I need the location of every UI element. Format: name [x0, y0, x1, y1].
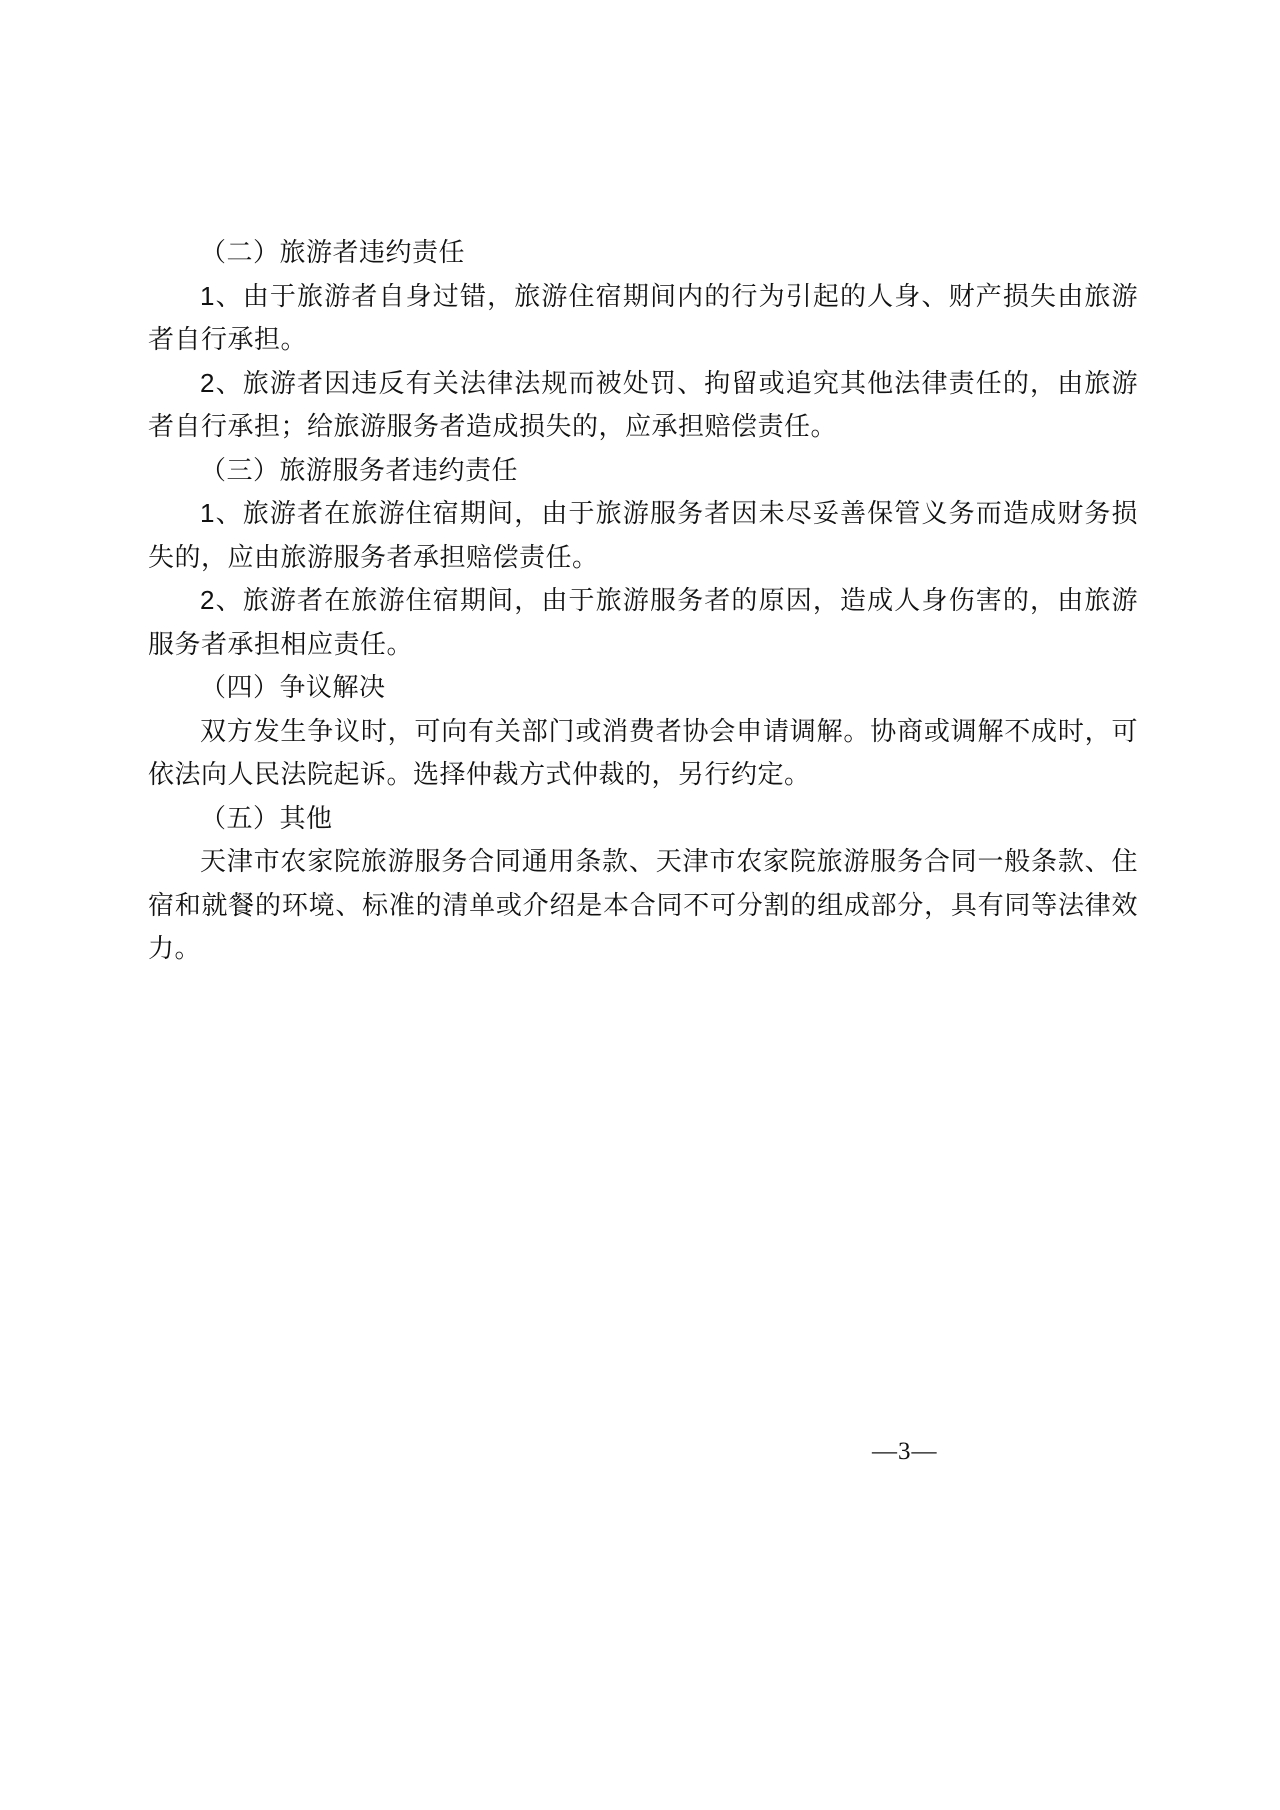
- contract-clause: 双方发生争议时，可向有关部门或消费者协会申请调解。协商或调解不成时，可依法向人民…: [148, 710, 1138, 797]
- section-heading: （三）旅游服务者违约责任: [148, 449, 1138, 493]
- contract-text-body: （二）旅游者违约责任 1、由于旅游者自身过错，旅游住宿期间内的行为引起的人身、财…: [148, 231, 1138, 971]
- contract-clause: 天津市农家院旅游服务合同通用条款、天津市农家院旅游服务合同一般条款、住宿和就餐的…: [148, 840, 1138, 971]
- page-number: —3—: [872, 1438, 938, 1466]
- contract-clause: 1、由于旅游者自身过错，旅游住宿期间内的行为引起的人身、财产损失由旅游者自行承担…: [148, 275, 1138, 362]
- section-heading: （五）其他: [148, 797, 1138, 841]
- section-heading: （四）争议解决: [148, 666, 1138, 710]
- section-heading: （二）旅游者违约责任: [148, 231, 1138, 275]
- document-page: （二）旅游者违约责任 1、由于旅游者自身过错，旅游住宿期间内的行为引起的人身、财…: [0, 0, 1280, 1810]
- contract-clause: 2、旅游者在旅游住宿期间，由于旅游服务者的原因，造成人身伤害的，由旅游服务者承担…: [148, 579, 1138, 666]
- contract-clause: 1、旅游者在旅游住宿期间，由于旅游服务者因未尽妥善保管义务而造成财务损失的，应由…: [148, 492, 1138, 579]
- contract-clause: 2、旅游者因违反有关法律法规而被处罚、拘留或追究其他法律责任的，由旅游者自行承担…: [148, 362, 1138, 449]
